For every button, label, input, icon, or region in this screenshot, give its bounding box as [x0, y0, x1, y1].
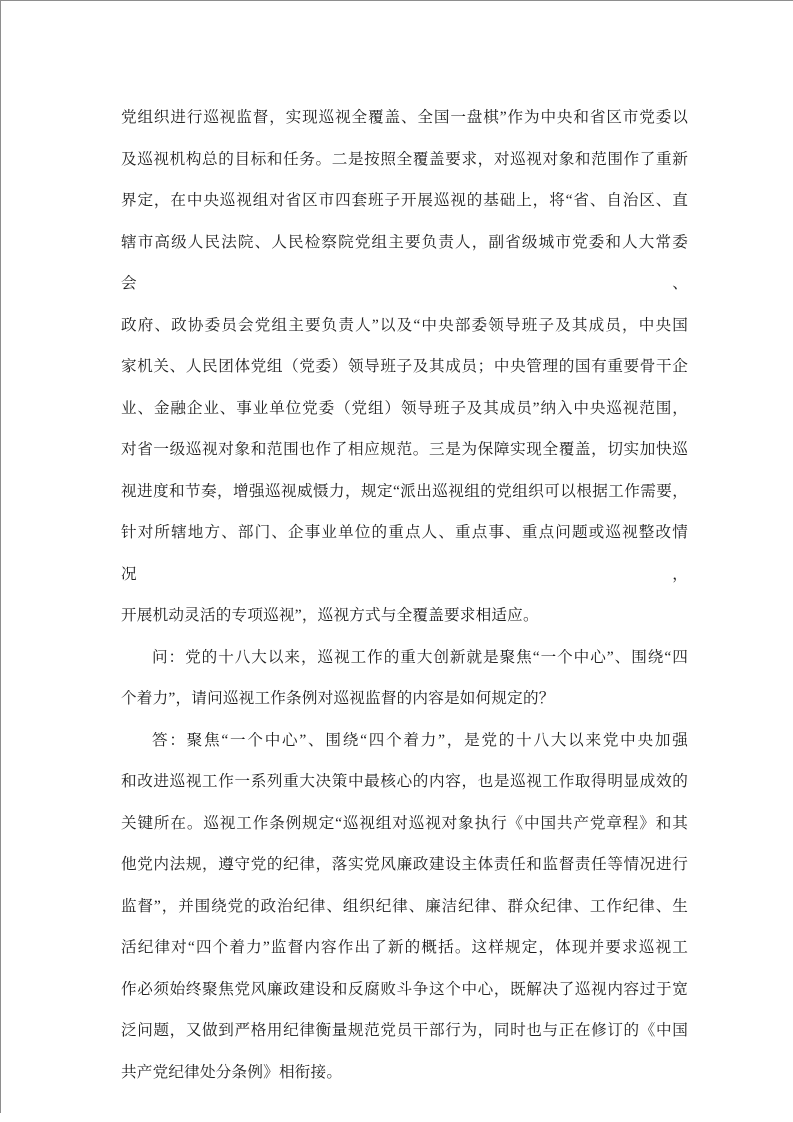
page-left-edge — [0, 0, 1, 1113]
text-line: 活纪律对“四个着力”监督内容作出了新的概括。这样规定，体现并要求巡视工 — [121, 927, 688, 969]
document-page: 党组织进行巡视监督，实现巡视全覆盖、全国一盘棋”作为中央和省区市党委以及巡视机构… — [0, 0, 793, 1122]
text-line: 答：聚焦“一个中心”、围绕“四个着力”，是党的十八大以来党中央加强 — [121, 720, 688, 762]
text-line: 针对所辖地方、部门、企事业单位的重点人、重点事、重点问题或巡视整改情况， — [121, 512, 688, 595]
text-line: 问：党的十八大以来，巡视工作的重大创新就是聚焦“一个中心”、围绕“四 — [121, 637, 688, 679]
text-line: 辖市高级人民法院、人民检察院党组主要负责人，副省级城市党委和人大常委会、 — [121, 222, 688, 305]
text-line: 党组织进行巡视监督，实现巡视全覆盖、全国一盘棋”作为中央和省区市党委以 — [121, 97, 688, 139]
text-line: 共产党纪律处分条例》相衔接。 — [121, 1052, 688, 1094]
document-text: 党组织进行巡视监督，实现巡视全覆盖、全国一盘棋”作为中央和省区市党委以及巡视机构… — [121, 97, 688, 1093]
text-line: 政府、政协委员会党组主要负责人”以及“中央部委领导班子及其成员，中央国 — [121, 305, 688, 347]
text-line: 他党内法规，遵守党的纪律，落实党风廉政建设主体责任和监督责任等情况进行 — [121, 844, 688, 886]
text-line: 家机关、人民团体党组（党委）领导班子及其成员；中央管理的国有重要骨干企 — [121, 346, 688, 388]
text-line: 业、金融企业、事业单位党委（党组）领导班子及其成员”纳入中央巡视范围， — [121, 388, 688, 430]
text-line: 界定，在中央巡视组对省区市四套班子开展巡视的基础上，将“省、自治区、直 — [121, 180, 688, 222]
text-line: 泛问题，又做到严格用纪律衡量规范党员干部行为，同时也与正在修订的《中国 — [121, 1010, 688, 1052]
text-line: 开展机动灵活的专项巡视”，巡视方式与全覆盖要求相适应。 — [121, 595, 688, 637]
text-line: 关键所在。巡视工作条例规定“巡视组对巡视对象执行《中国共产党章程》和其 — [121, 803, 688, 845]
text-line: 及巡视机构总的目标和任务。二是按照全覆盖要求，对巡视对象和范围作了重新 — [121, 139, 688, 181]
text-line: 视进度和节奏，增强巡视威慑力，规定“派出巡视组的党组织可以根据工作需要， — [121, 471, 688, 513]
text-line: 和改进巡视工作一系列重大决策中最核心的内容，也是巡视工作取得明显成效的 — [121, 761, 688, 803]
text-line: 个着力”，请问巡视工作条例对巡视监督的内容是如何规定的？ — [121, 678, 688, 720]
text-line: 对省一级巡视对象和范围也作了相应规范。三是为保障实现全覆盖，切实加快巡 — [121, 429, 688, 471]
text-line: 作必须始终聚焦党风廉政建设和反腐败斗争这个中心，既解决了巡视内容过于宽 — [121, 969, 688, 1011]
text-line: 监督”，并围绕党的政治纪律、组织纪律、廉洁纪律、群众纪律、工作纪律、生 — [121, 886, 688, 928]
page-top-edge — [0, 0, 793, 1]
